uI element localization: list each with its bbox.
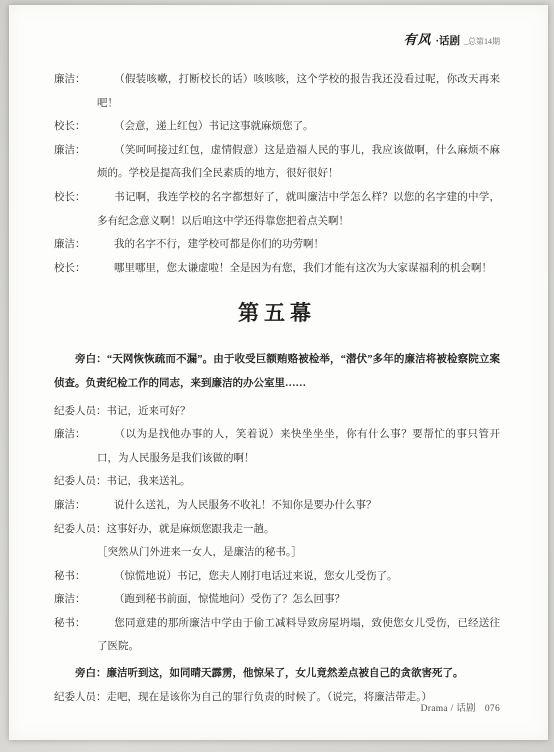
page-number: 076 — [485, 704, 500, 714]
speaker-label: 纪委人员： — [54, 470, 107, 494]
narration-text: 廉洁听到这，如同晴天霹雳，他惊呆了，女儿竟然差点被自己的贪欲害死了。 — [107, 668, 464, 679]
dialog-line: 秘书：您同意建的那所廉洁中学由于偷工减料导致房屋坍塌，致使您女儿受伤，已经送往了… — [54, 612, 500, 659]
dialog-line: 校长：书记啊，我连学校的名字都想好了，就叫廉洁中学怎么样？以您的名字建的中学，多… — [54, 186, 500, 233]
narration-paragraph-1: 旁白：“天网恢恢疏而不漏”。由于收受巨额贿赂被检举，“潜伏”多年的廉洁将被检察院… — [54, 348, 500, 395]
dialog-text: （以为是找他办事的人，笑着说）来快坐坐坐，你有什么事？要帮忙的事只管开口，为人民… — [97, 429, 500, 464]
dialog-line: 廉洁：（假装咳嗽，打断校长的话）咳咳咳，这个学校的报告我还没看过呢，你改天再来吧… — [54, 68, 500, 115]
act-title: 第五幕 — [54, 297, 500, 327]
speaker-label: 秘书： — [54, 565, 114, 589]
dialog-block-scene4-end: 廉洁：（假装咳嗽，打断校长的话）咳咳咳，这个学校的报告我还没看过呢，你改天再来吧… — [54, 68, 500, 280]
stage-direction: ［突然从门外进来一女人，是廉洁的秘书。］ — [54, 541, 500, 565]
speaker-label: 校长： — [54, 186, 114, 210]
dialog-line: 廉洁：我的名字不行，建学校可都是你们的功劳啊！ — [54, 233, 500, 257]
magazine-section: ·话剧 — [435, 36, 460, 47]
dialog-block-scene5: 纪委人员：书记，近来可好？廉洁：（以为是找他办事的人，笑着说）来快坐坐坐，你有什… — [54, 400, 500, 660]
speaker-label: 廉洁： — [54, 494, 114, 518]
dialog-text: 您同意建的那所廉洁中学由于偷工减料导致房屋坍塌，致使您女儿受伤，已经送往了医院。 — [97, 618, 500, 653]
dialog-text: 哪里哪里，您太谦虚啦！全是因为有您，我们才能有这次为大家谋福利的机会啊！ — [114, 263, 492, 274]
speaker-label: 廉洁： — [54, 68, 114, 92]
magazine-issue: _总第14期 — [464, 37, 500, 46]
dialog-line: 廉洁：说什么送礼，为人民服务不收礼！不知你是要办什么事？ — [54, 494, 500, 518]
dialog-text: 书记啊，我连学校的名字都想好了，就叫廉洁中学怎么样？以您的名字建的中学，多有纪念… — [97, 192, 500, 227]
dialog-text: 书记，我来送礼。 — [107, 476, 191, 487]
dialog-text: 走吧，现在是该你为自己的罪行负责的时候了。（说完，将廉洁带走。） — [107, 692, 433, 703]
page-header: 有风 ·话剧 _总第14期 — [54, 5, 500, 47]
speaker-label: 廉洁： — [54, 233, 114, 257]
speaker-label: 纪委人员： — [54, 686, 107, 710]
dialog-text: （跑到秘书前面，惊慌地问）受伤了？怎么回事？ — [114, 594, 345, 605]
dialog-text: 书记，近来可好？ — [107, 406, 191, 417]
dialog-line: 廉洁：（跑到秘书前面，惊慌地问）受伤了？怎么回事？ — [54, 588, 500, 612]
dialog-text: 我的名字不行，建学校可都是你们的功劳啊！ — [114, 239, 324, 250]
dialog-text: 这事好办，就是麻烦您跟我走一趟。 — [107, 524, 275, 535]
page-footer: Drama / 话剧076 — [421, 700, 500, 714]
stage-direction-text: ［突然从门外进来一女人，是廉洁的秘书。］ — [97, 547, 302, 558]
dialog-line: 校长：（会意，递上红包）书记这事就麻烦您了。 — [54, 115, 500, 139]
narrator-label: 旁白： — [75, 354, 107, 365]
magazine-title: 有风 — [403, 32, 431, 47]
magazine-page: 有风 ·话剧 _总第14期 廉洁：（假装咳嗽，打断校长的话）咳咳咳，这个学校的报… — [9, 5, 548, 740]
speaker-label: 校长： — [54, 257, 114, 281]
speaker-label: 廉洁： — [54, 139, 114, 163]
footer-section-label: Drama / 话剧 — [421, 704, 476, 714]
speaker-label: 廉洁： — [54, 423, 114, 447]
scanned-page-background: { "header": { "magazine": "有风", "section… — [0, 0, 554, 752]
dialog-line: 校长：哪里哪里，您太谦虚啦！全是因为有您，我们才能有这次为大家谋福利的机会啊！ — [54, 257, 500, 281]
narrator-label: 旁白： — [75, 668, 107, 679]
dialog-text: （笑呵呵接过红包，虚情假意）这是造福人民的事儿，我应该做啊，什么麻烦不麻烦的。学… — [97, 145, 500, 180]
narration-paragraph-2: 旁白：廉洁听到这，如同晴天霹雳，他惊呆了，女儿竟然差点被自己的贪欲害死了。 — [54, 662, 500, 686]
dialog-line: 廉洁：（以为是找他办事的人，笑着说）来快坐坐坐，你有什么事？要帮忙的事只管开口，… — [54, 423, 500, 470]
speaker-label: 纪委人员： — [54, 518, 107, 542]
dialog-line: 秘书：（惊慌地说）书记，您夫人刚打电话过来说，您女儿受伤了。 — [54, 565, 500, 589]
page-content: 有风 ·话剧 _总第14期 廉洁：（假装咳嗽，打断校长的话）咳咳咳，这个学校的报… — [54, 5, 500, 740]
dialog-line: 纪委人员：书记，我来送礼。 — [54, 470, 500, 494]
dialog-text: 说什么送礼，为人民服务不收礼！不知你是要办什么事？ — [114, 500, 377, 511]
speaker-label: 校长： — [54, 115, 114, 139]
dialog-text: （惊慌地说）书记，您夫人刚打电话过来说，您女儿受伤了。 — [114, 571, 398, 582]
speaker-label: 秘书： — [54, 612, 114, 636]
speaker-label: 纪委人员： — [54, 400, 107, 424]
speaker-label: 廉洁： — [54, 588, 114, 612]
dialog-line: 纪委人员：这事好办，就是麻烦您跟我走一趟。 — [54, 518, 500, 542]
dialog-line: 廉洁：（笑呵呵接过红包，虚情假意）这是造福人民的事儿，我应该做啊，什么麻烦不麻烦… — [54, 139, 500, 186]
narration-text: “天网恢恢疏而不漏”。由于收受巨额贿赂被检举，“潜伏”多年的廉洁将被检察院立案侦… — [54, 354, 500, 389]
dialog-line: 纪委人员：书记，近来可好？ — [54, 400, 500, 424]
dialog-text: （假装咳嗽，打断校长的话）咳咳咳，这个学校的报告我还没看过呢，你改天再来吧！ — [97, 74, 500, 109]
dialog-text: （会意，递上红包）书记这事就麻烦您了。 — [114, 121, 314, 132]
